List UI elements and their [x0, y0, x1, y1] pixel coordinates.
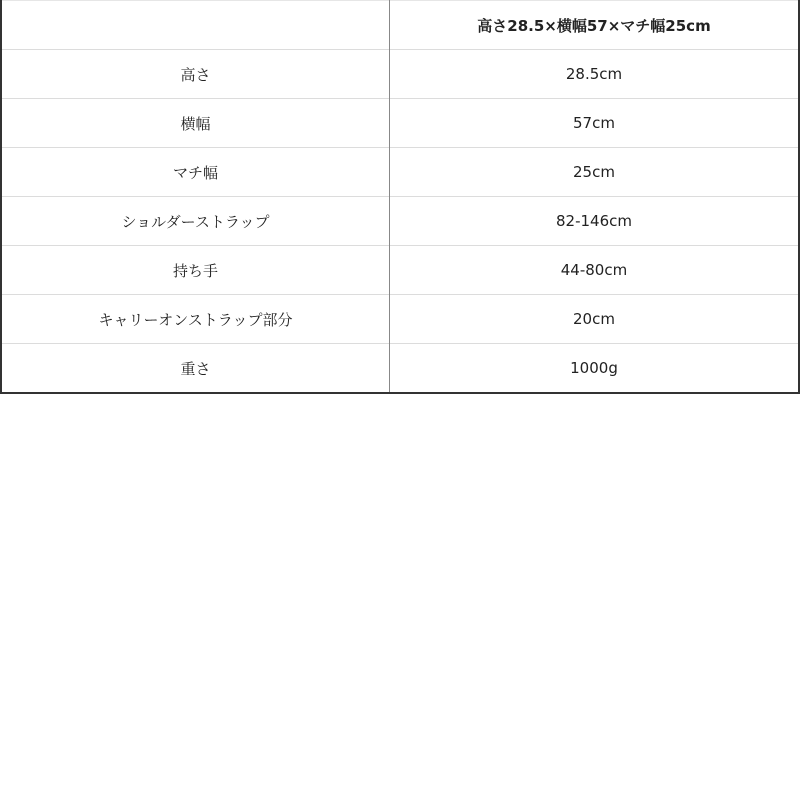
- row-value: 44-80cm: [390, 246, 800, 295]
- row-value: 25cm: [390, 148, 800, 197]
- row-value: 20cm: [390, 295, 800, 344]
- row-value: 82-146cm: [390, 197, 800, 246]
- table-header-row: 高さ28.5×横幅57×マチ幅25cm: [1, 1, 799, 50]
- row-label: 高さ: [1, 50, 390, 99]
- row-label: 横幅: [1, 99, 390, 148]
- size-spec-table: 高さ28.5×横幅57×マチ幅25cm 高さ 28.5cm 横幅 57cm マチ…: [0, 0, 800, 394]
- row-value: 1000g: [390, 344, 800, 394]
- table-row: マチ幅 25cm: [1, 148, 799, 197]
- table-row: 高さ 28.5cm: [1, 50, 799, 99]
- row-value: 28.5cm: [390, 50, 800, 99]
- row-value: 57cm: [390, 99, 800, 148]
- row-label: 持ち手: [1, 246, 390, 295]
- table-row: キャリーオンストラップ部分 20cm: [1, 295, 799, 344]
- header-label-cell: [1, 1, 390, 50]
- table-row: 持ち手 44-80cm: [1, 246, 799, 295]
- table-row: ショルダーストラップ 82-146cm: [1, 197, 799, 246]
- header-size-summary: 高さ28.5×横幅57×マチ幅25cm: [390, 1, 800, 50]
- row-label: マチ幅: [1, 148, 390, 197]
- table-row: 横幅 57cm: [1, 99, 799, 148]
- row-label: 重さ: [1, 344, 390, 394]
- row-label: ショルダーストラップ: [1, 197, 390, 246]
- row-label: キャリーオンストラップ部分: [1, 295, 390, 344]
- table-row: 重さ 1000g: [1, 344, 799, 394]
